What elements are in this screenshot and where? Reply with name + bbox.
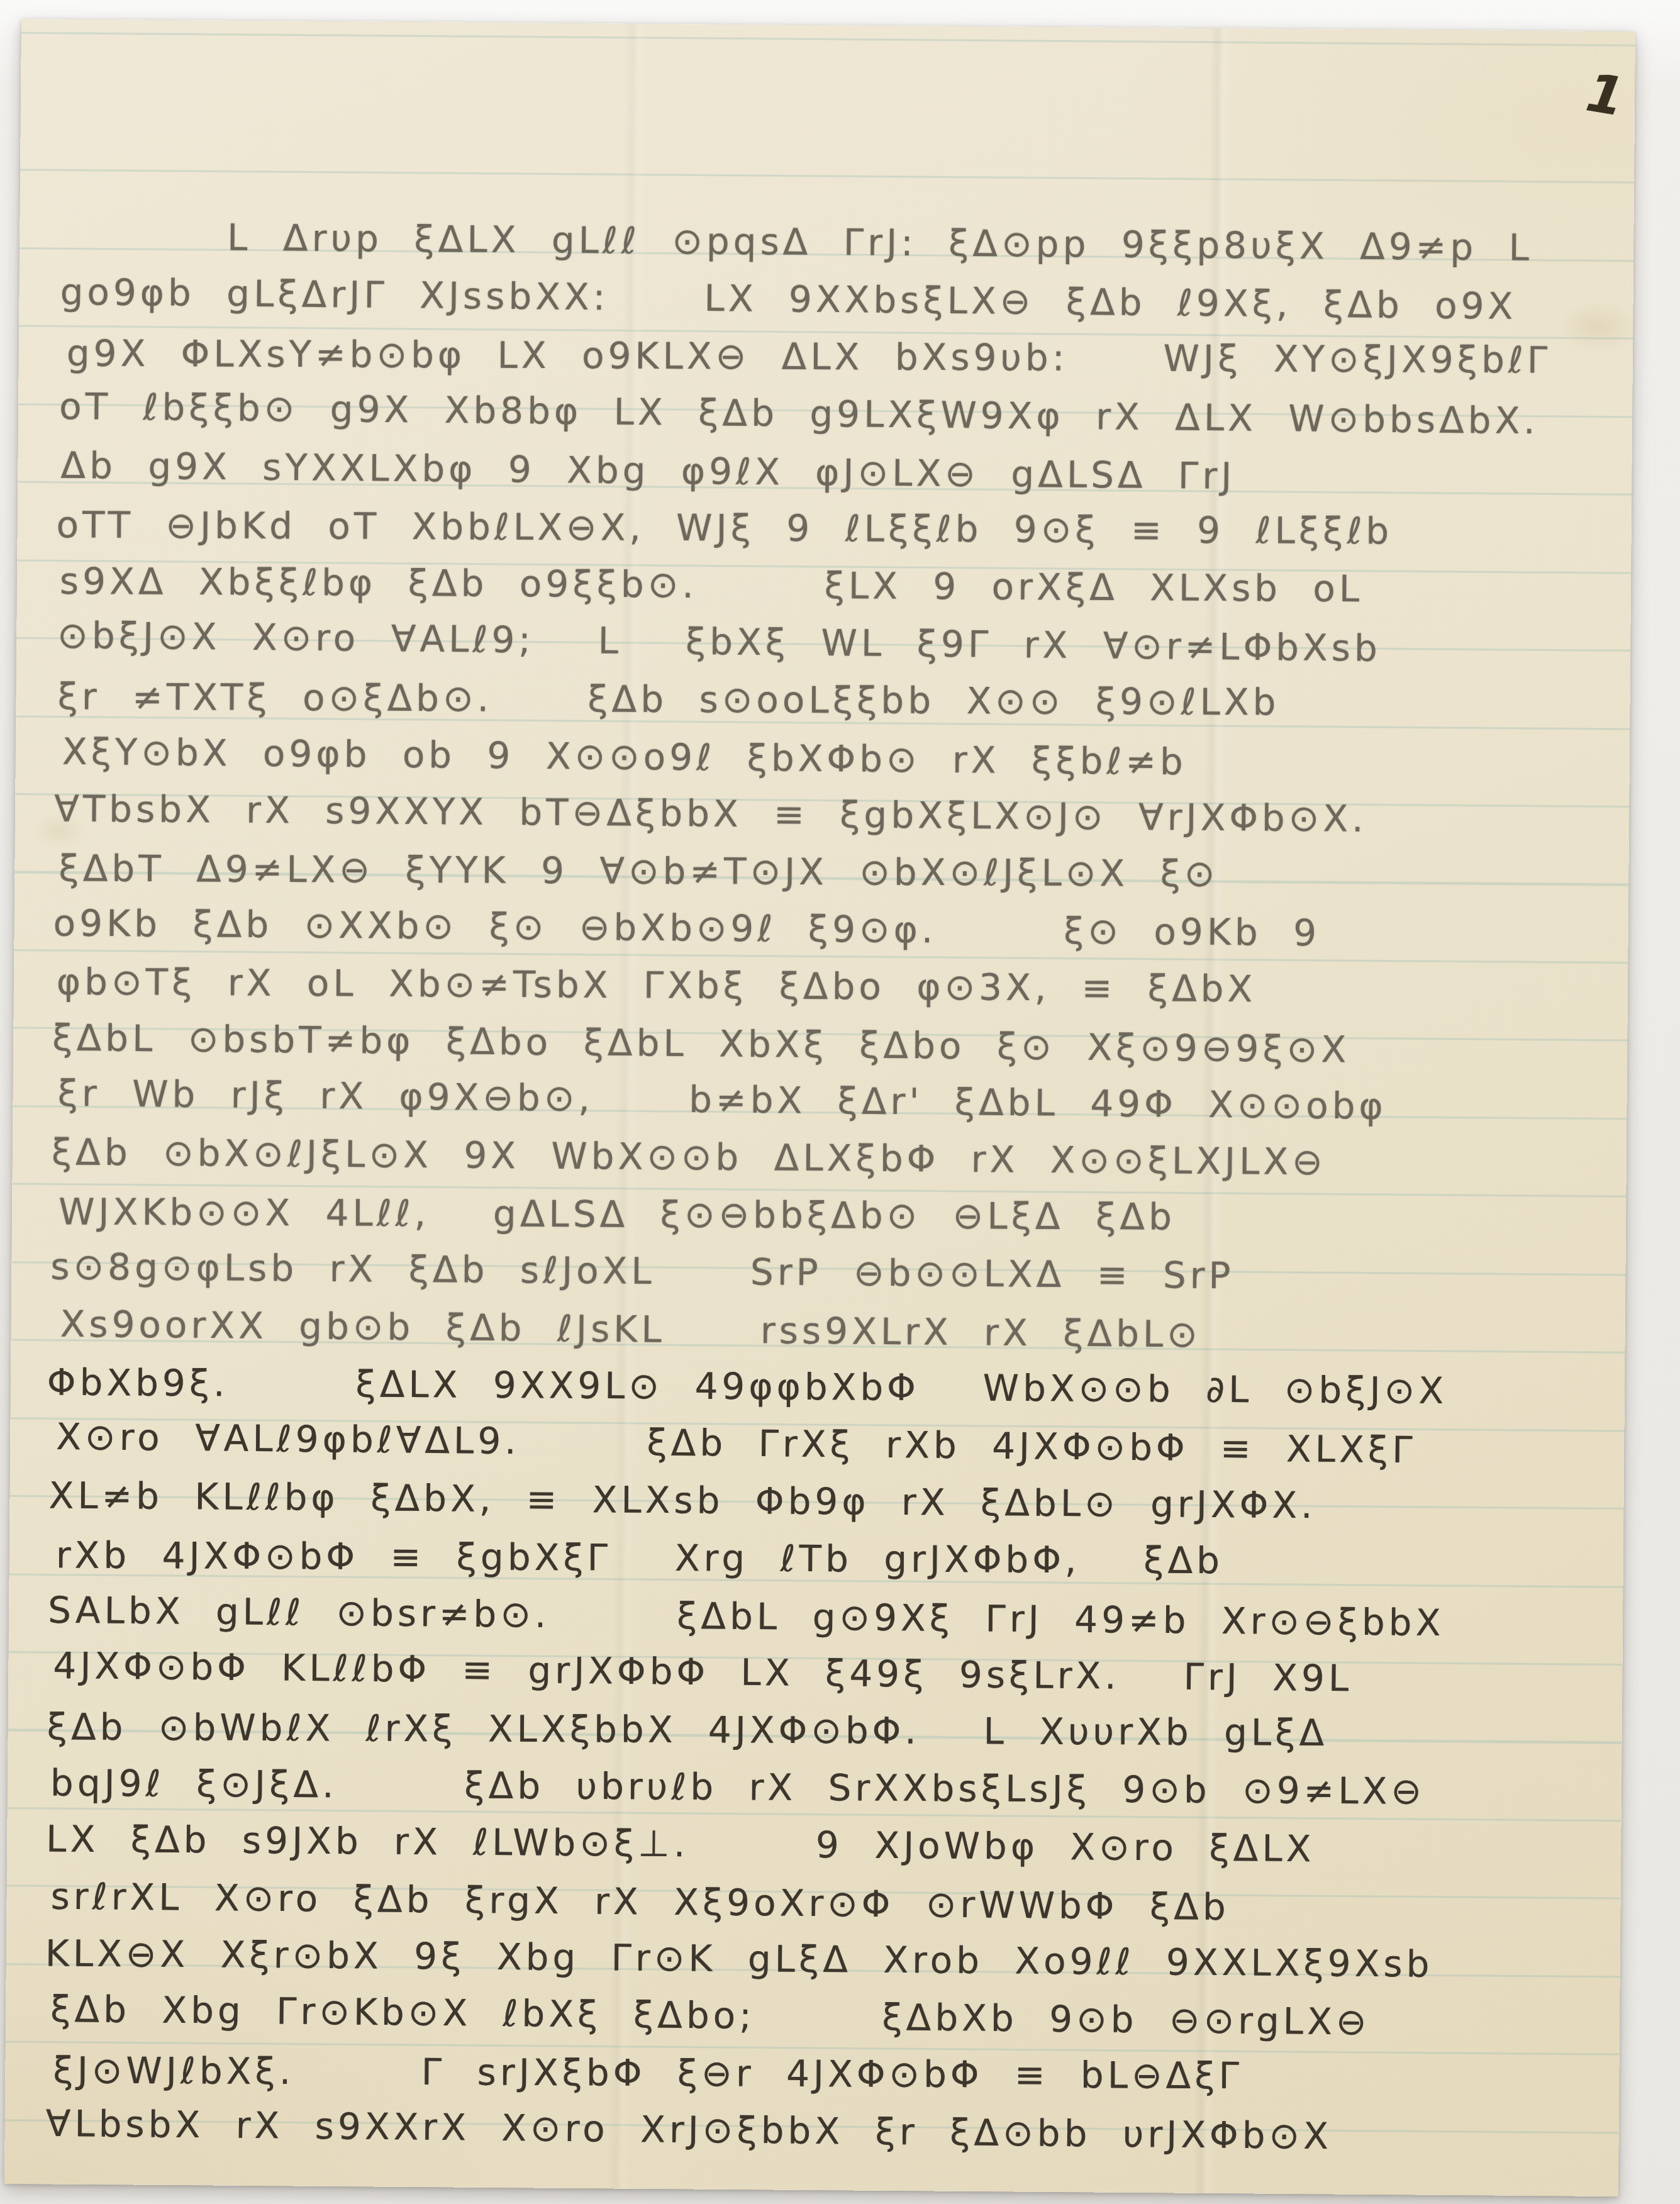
manuscript-line: ξr ≠TXTξ o⊙ξΔb⊙. ξΔb s⊙ooLξξbb X⊙⊙ ξ9⊙ℓL… — [55, 668, 1617, 733]
manuscript-line: ∀LbsbX rX s9XXrX X⊙ro XrJ⊙ξbbX ξr ξΔ⊙bb … — [45, 2095, 1608, 2168]
manuscript-line: oTT ⊖JbKd oT XbbℓLX⊖X, WJξ 9 ℓLξξℓb 9⊙ξ … — [56, 496, 1618, 561]
manuscript-line: ξΔb ⊙bWbℓX ℓrXξ XLXξbbX 4JXΦ⊙bΦ. L XυυrX… — [47, 1698, 1609, 1763]
page-number: 1 — [1582, 62, 1628, 128]
manuscript-line: bqJ9ℓ ξ⊙JξΔ. ξΔb υbrυℓb rX SrXXbsξLsJξ 9… — [44, 1755, 1607, 1822]
manuscript-paper-sheet: 1 L Δrυp ξΔLX gLℓℓ ⊙pqsΔ ΓrJ: ξΔ⊙pp 9ξξp… — [4, 19, 1635, 2196]
manuscript-line: WJXKb⊙⊙X 4Lℓℓ, gΔLSΔ ξ⊙⊖bbξΔb⊙ ⊖LξΔ ξΔb — [51, 1183, 1613, 1248]
manuscript-line: rXb 4JXΦ⊙bΦ ≡ ξgbXξΓ Xrg ℓTb grJXΦbΦ, ξΔ… — [48, 1527, 1611, 1591]
manuscript-line: o9Kb ξΔb ⊙XXb⊙ ξ⊙ ⊖bXb⊙9ℓ ξ9⊙φ. ξ⊙ o9Kb … — [53, 894, 1616, 964]
scanned-document: { "colors": { "backdrop": "#eceae6", "pa… — [0, 0, 1680, 2204]
manuscript-lines: L Δrυp ξΔLX gLℓℓ ⊙pqsΔ ΓrJ: ξΔ⊙pp 9ξξp8υ… — [43, 208, 1621, 2166]
manuscript-line: ξΔbT Δ9≠LX⊖ ξYYK 9 ∀⊙b≠T⊙JX ⊙bX⊙ℓJξL⊙X ξ… — [53, 840, 1616, 904]
manuscript-line: φb⊙Tξ rX oL Xb⊙≠TsbX ΓXbξ ξΔbo φ⊙3X, ≡ ξ… — [50, 954, 1613, 1020]
